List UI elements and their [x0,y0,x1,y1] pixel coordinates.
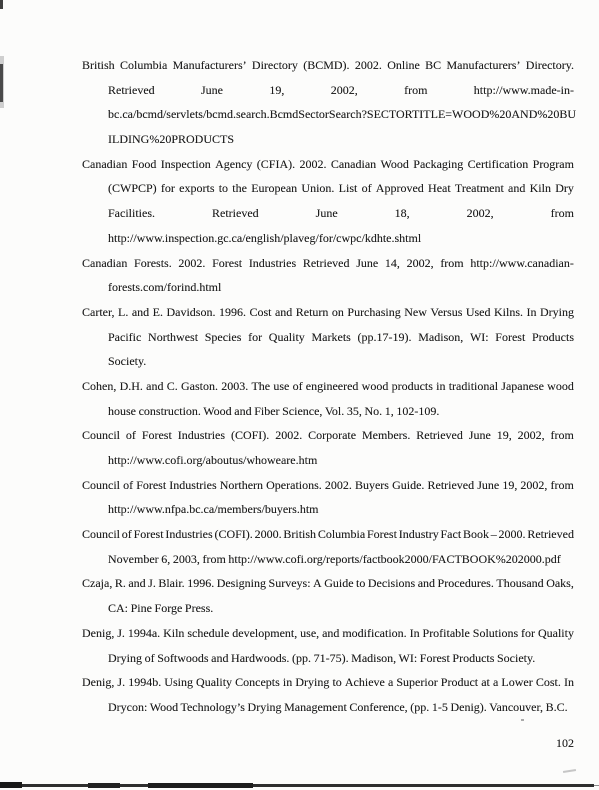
word: Council [82,522,120,547]
scan-artifact-bottom-bar-segment [0,782,22,788]
word: 1994b. [128,670,161,695]
word: for [161,176,175,201]
word: Canadian [82,251,127,276]
word: Lower [501,670,532,695]
word: 2000. [255,522,282,547]
word: Quality [196,670,232,695]
word: June [477,473,499,498]
word: in [283,670,292,695]
word: from [440,251,463,276]
word: Industries [178,423,225,448]
word: List [339,176,358,201]
reference-line: forests.com/forind.html [82,275,574,300]
word: Retrieved [427,473,474,498]
word: Return [296,300,329,325]
word: 2002. [299,152,326,177]
word: Canadian [82,152,127,177]
word: Council [82,473,120,498]
word: Industries [169,473,216,498]
word: 2003. [221,374,248,399]
word: D.H. [120,374,143,399]
word: Industry [399,522,439,547]
reference-line: PacificNorthwestSpeciesforQualityMarkets… [82,325,574,350]
reference-line: CouncilofForestIndustriesNorthernOperati… [82,473,574,498]
word: Oaks, [546,571,574,596]
word: Decisions [368,571,415,596]
word: 2000. [499,522,526,547]
word: http://www.canadian- [470,251,574,276]
word: Products [532,325,574,350]
word: (COFI). [214,522,252,547]
word: schedule [187,621,229,646]
word: Manufacturers’ [173,53,247,78]
word: a [493,670,498,695]
word: Quality [269,325,305,350]
reference-entry: Denig,J.1994a.Kilnscheduledevelopment,us… [82,621,574,670]
word: the [232,176,247,201]
reference-entry: CanadianFoodInspectionAgency(CFIA).2002.… [82,152,574,251]
word: J. [117,670,125,695]
word: 1996. [219,300,246,325]
word: Industries [165,522,212,547]
word: (CFIA). [257,152,295,177]
word: Carter, [82,300,115,325]
word: Japanese [501,374,544,399]
reference-line: house construction. Wood and Fiber Scien… [82,399,574,424]
word: Certification [468,152,529,177]
word: Treatment [455,176,504,201]
word: to [219,176,228,201]
word: Council [82,423,120,448]
word: in [436,374,445,399]
word: Northwest [148,325,198,350]
reference-entry: CouncilofForestIndustries(COFI).2000.Bri… [82,522,574,571]
word: Approved [376,176,424,201]
word: Product [441,670,478,695]
word: Kilns. [494,300,523,325]
word: Forest [136,473,166,498]
word: Pacific [108,325,141,350]
word: exports [179,176,214,201]
word: L. [118,300,128,325]
word: Retrieved [527,522,574,547]
word: C. [167,374,178,399]
word: Buyers [355,473,389,498]
word: 2002, [520,473,547,498]
word: Guide [324,571,353,596]
word: Surveys: [269,571,311,596]
word: for [521,621,535,646]
reference-entry: CanadianForests.2002.ForestIndustriesRet… [82,251,574,300]
word: June [201,78,223,103]
word: Columbia [318,522,365,547]
word: A [313,571,322,596]
word: 14, [385,251,400,276]
word: J. [117,621,125,646]
word: for [248,325,262,350]
word: British [82,53,115,78]
word: use, [300,621,319,646]
word: Denig, [82,621,114,646]
word: Kiln [530,176,551,201]
word: – [491,522,497,547]
reference-line: CanadianForests.2002.ForestIndustriesRet… [82,251,574,276]
word: of [122,522,132,547]
word: 2002, [518,423,545,448]
word: and [128,571,145,596]
word: Procedures. [438,571,494,596]
word: Operations. [266,473,322,498]
reference-line: Society. [82,349,574,374]
word: Manufacturers’ [447,53,521,78]
word: use [273,374,289,399]
word: from [551,473,574,498]
word: and [146,374,163,399]
reference-line: RetrievedJune19,2002,fromhttp://www.made… [82,78,574,103]
word: Agency [215,152,252,177]
word: Facilities. [108,201,155,226]
word: British [283,522,316,547]
scanned-references-page: BritishColumbiaManufacturers’Directory(B… [0,0,599,790]
word: and [322,621,339,646]
word: Online [387,53,420,78]
word: Inspection [161,152,211,177]
word: WI: [470,325,489,350]
word: wood [547,374,574,399]
reference-line: bc.ca/bcmd/servlets/bcmd.search.BcmdSect… [82,102,574,127]
word: 2002. [178,251,205,276]
word: Blair. [158,571,184,596]
reference-line: http://www.nfpa.bc.ca/members/buyers.htm [82,497,574,522]
word: engineered [306,374,359,399]
scan-artifact-bottom-bar-segment [88,783,120,788]
word: (CWPCP) [108,176,157,201]
word: from [551,423,574,448]
word: 2002. [325,473,352,498]
word: on [332,300,344,325]
word: June [469,423,491,448]
word: June [356,251,378,276]
word: Achieve [345,670,385,695]
word: Corporate [308,423,356,448]
word: Drying [295,670,329,695]
reference-line: http://www.cofi.org/aboutus/whoweare.htm [82,448,574,473]
word: Designing [217,571,266,596]
word: a [388,670,393,695]
scan-artifact-bottom-bar-segment [148,783,253,788]
references-list: BritishColumbiaManufacturers’Directory(B… [82,53,574,720]
word: Madison, [418,325,463,350]
word: Cohen, [82,374,116,399]
word: wood [362,374,389,399]
scan-artifact-top-left-mark [0,0,3,9]
word: traditional [449,374,498,399]
word: June [316,201,338,226]
word: Forest [142,423,172,448]
word: The [251,374,270,399]
word: 18, [395,201,410,226]
word: Directory [252,53,298,78]
reference-entry: BritishColumbiaManufacturers’Directory(B… [82,53,574,152]
word: 19, [269,78,284,103]
reference-line: CanadianFoodInspectionAgency(CFIA).2002.… [82,152,574,177]
word: Columbia [120,53,167,78]
word: products [392,374,433,399]
word: Book [463,522,489,547]
scan-artifact-scratch [563,769,576,773]
word: Czaja, [82,571,112,596]
word: Denig, [82,670,114,695]
word: Retrieved [303,251,350,276]
reference-line: Facilities.RetrievedJune18,2002,from [82,201,574,226]
word: BC [425,53,441,78]
word: Quality [538,621,574,646]
reference-line: (CWPCP)forexportstotheEuropeanUnion.List… [82,176,574,201]
word: Program [533,152,574,177]
word: Retrieved [416,423,463,448]
reference-line: Carter,L.andE.Davidson.1996.CostandRetur… [82,300,574,325]
word: and [132,300,149,325]
word: Industries [249,251,296,276]
word: bc.ca/bcmd/servlets/bcmd.search.BcmdSect… [108,102,576,127]
word: Gaston. [181,374,218,399]
word: Food [132,152,157,177]
word: New [404,300,427,325]
scan-artifact-bottom-bar-tail [594,785,599,787]
word: Retrieved [108,78,155,103]
word: Drying [540,300,574,325]
word: (pp.17-19). [358,325,412,350]
word: http://www.made-in- [474,78,574,103]
word: and [275,300,292,325]
word: 2002, [467,201,494,226]
word: Canadian [331,152,376,177]
word: Retrieved [212,201,259,226]
word: Wood [381,152,409,177]
reference-line: http://www.inspection.gc.ca/english/plav… [82,226,574,251]
reference-entry: Carter,L.andE.Davidson.1996.CostandRetur… [82,300,574,374]
word: Fact [441,522,462,547]
word: of [362,176,372,201]
word: at [481,670,490,695]
word: Cost [249,300,271,325]
reference-line: BritishColumbiaManufacturers’Directory(B… [82,53,574,78]
word: E. [153,300,163,325]
word: modification. [342,621,406,646]
word: of [293,374,303,399]
word: Using [164,670,193,695]
reference-entry: Czaja,R.andJ.Blair.1996.DesigningSurveys… [82,571,574,620]
reference-line: Cohen,D.H.andC.Gaston.2003.Theuseofengin… [82,374,574,399]
word: Northern [220,473,263,498]
word: 19, [502,473,517,498]
reference-line: CA: Pine Forge Press. [82,596,574,621]
word: R. [115,571,126,596]
word: (BCMD). [303,53,349,78]
word: Versus [430,300,462,325]
reference-line: Denig,J.1994b.UsingQualityConceptsinDryi… [82,670,574,695]
word: Forest [134,522,164,547]
reference-line: CouncilofForestIndustries(COFI).2002.Cor… [82,423,574,448]
word: 2002, [407,251,434,276]
word: from [404,78,427,103]
word: In [410,621,420,646]
word: In [564,670,574,695]
word: Forest [495,325,525,350]
word: Forest [212,251,242,276]
word: Thousand [496,571,543,596]
word: Guide. [392,473,424,498]
word: In [527,300,537,325]
word: (COFI). [231,423,269,448]
word: Union. [301,176,334,201]
word: Species [205,325,242,350]
reference-entry: Denig,J.1994b.UsingQualityConceptsinDryi… [82,670,574,719]
word: to [332,670,341,695]
reference-line: Czaja,R.andJ.Blair.1996.DesigningSurveys… [82,571,574,596]
word: Dry [555,176,574,201]
word: and [508,176,525,201]
word: to [356,571,365,596]
word: development, [232,621,297,646]
word: 1994a. [128,621,160,646]
word: Purchasing [347,300,400,325]
word: Forests. [134,251,172,276]
word: Directory. [526,53,574,78]
reference-entry: CouncilofForestIndustriesNorthernOperati… [82,473,574,522]
word: of [126,423,136,448]
word: Markets [312,325,351,350]
word: Solutions [473,621,518,646]
reference-line: November 6, 2003, from http://www.cofi.o… [82,547,574,572]
reference-entry: CouncilofForestIndustries(COFI).2002.Cor… [82,423,574,472]
word: Superior [396,670,437,695]
word: J. [148,571,156,596]
word: and [418,571,435,596]
word: Cost. [536,670,561,695]
word: Davidson. [166,300,215,325]
word: 1996. [187,571,214,596]
word: Forest [367,522,397,547]
word: Heat [428,176,451,201]
reference-line: ILDING%20PRODUCTS [82,127,574,152]
word: Kiln [163,621,184,646]
word: Members. [362,423,410,448]
word: 2002. [275,423,302,448]
word: Used [466,300,491,325]
word: 2002, [331,78,358,103]
word: from [551,201,574,226]
word: of [123,473,133,498]
reference-line: Denig,J.1994a.Kilnscheduledevelopment,us… [82,621,574,646]
word: Profitable [423,621,470,646]
word: 2002. [355,53,382,78]
reference-entry: Cohen,D.H.andC.Gaston.2003.Theuseofengin… [82,374,574,423]
word: 19, [497,423,512,448]
reference-line: Drying of Softwoods and Hardwoods. (pp. … [82,646,574,671]
word: Concepts [235,670,280,695]
word: Packaging [413,152,463,177]
reference-line: Drycon: Wood Technology’s Drying Managem… [82,695,574,720]
reference-line: CouncilofForestIndustries(COFI).2000.Bri… [82,522,574,547]
page-number: 102 [82,731,574,756]
scan-artifact-left-edge-bar [0,64,3,102]
word: European [251,176,297,201]
